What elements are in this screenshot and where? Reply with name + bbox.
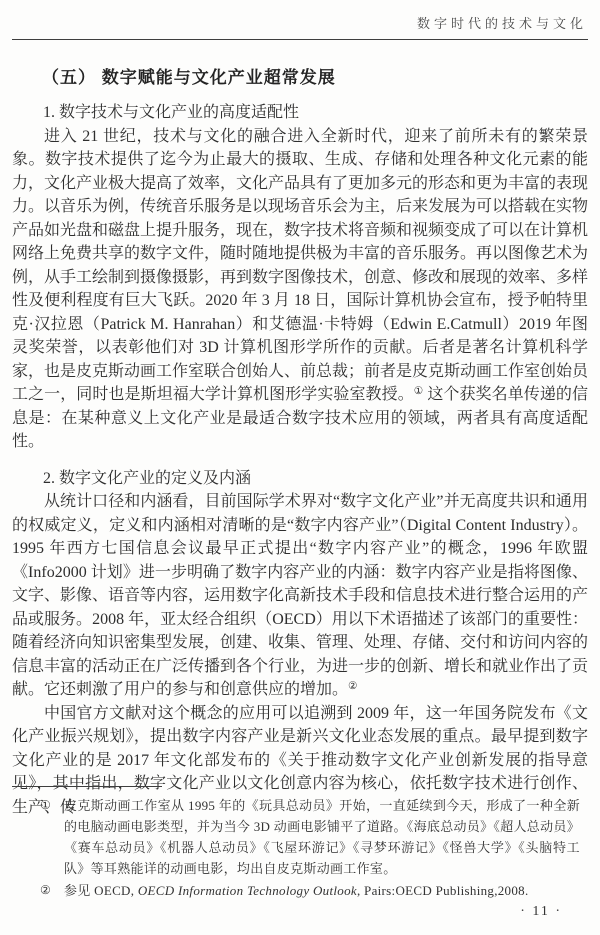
- paragraph-2: 从统计口径和内涵看，目前国际学术界对“数字文化产业”并无高度共识和通用的权威定义…: [12, 490, 588, 702]
- section-heading: （五） 数字赋能与文化产业超常发展: [12, 63, 588, 88]
- footnote-1: ①皮克斯动画工作室从 1995 年的《玩具总动员》开始，一直延续到今天，形成了一…: [40, 795, 580, 879]
- header-rule: [12, 39, 588, 40]
- footnote-2-marker: ②: [40, 880, 51, 901]
- footnote-2: ②参见 OECD, OECD Information Technology Ou…: [40, 880, 580, 901]
- subsection-1-heading: 1. 数字技术与文化产业的高度适配性: [12, 101, 588, 125]
- footnote-area: ①皮克斯动画工作室从 1995 年的《玩具总动员》开始，一直延续到今天，形成了一…: [12, 786, 588, 902]
- page-header: 数字时代的技术与文化: [0, 0, 600, 40]
- book-page: 数字时代的技术与文化 （五） 数字赋能与文化产业超常发展 1. 数字技术与文化产…: [0, 0, 600, 935]
- paragraph-1-text: 进入 21 世纪，技术与文化的融合进入全新时代，迎来了前所未有的繁荣景象。数字技…: [12, 128, 588, 404]
- footnote-divider: [12, 786, 162, 787]
- footnote-2-text-after: , Pairs:OECD Publishing,2008.: [357, 883, 529, 898]
- footnote-2-book-title: OECD Information Technology Outlook: [138, 883, 357, 898]
- subsection-2-heading: 2. 数字文化产业的定义及内涵: [12, 467, 588, 491]
- page-number: · 11 ·: [520, 904, 562, 920]
- footnote-ref-1: ①: [414, 386, 423, 397]
- footnote-1-text: 皮克斯动画工作室从 1995 年的《玩具总动员》开始，一直延续到今天，形成了一种…: [64, 798, 580, 876]
- paragraph-1: 进入 21 世纪，技术与文化的融合进入全新时代，迎来了前所未有的繁荣景象。数字技…: [12, 125, 588, 454]
- paragraph-2-text: 从统计口径和内涵看，目前国际学术界对“数字文化产业”并无高度共识和通用的权威定义…: [12, 493, 588, 698]
- page-content: （五） 数字赋能与文化产业超常发展 1. 数字技术与文化产业的高度适配性 进入 …: [0, 63, 600, 819]
- footnote-1-marker: ①: [40, 795, 51, 816]
- footnote-ref-2: ②: [348, 681, 357, 692]
- running-title: 数字时代的技术与文化: [12, 13, 588, 32]
- footnote-2-text-before: 参见 OECD,: [64, 883, 138, 898]
